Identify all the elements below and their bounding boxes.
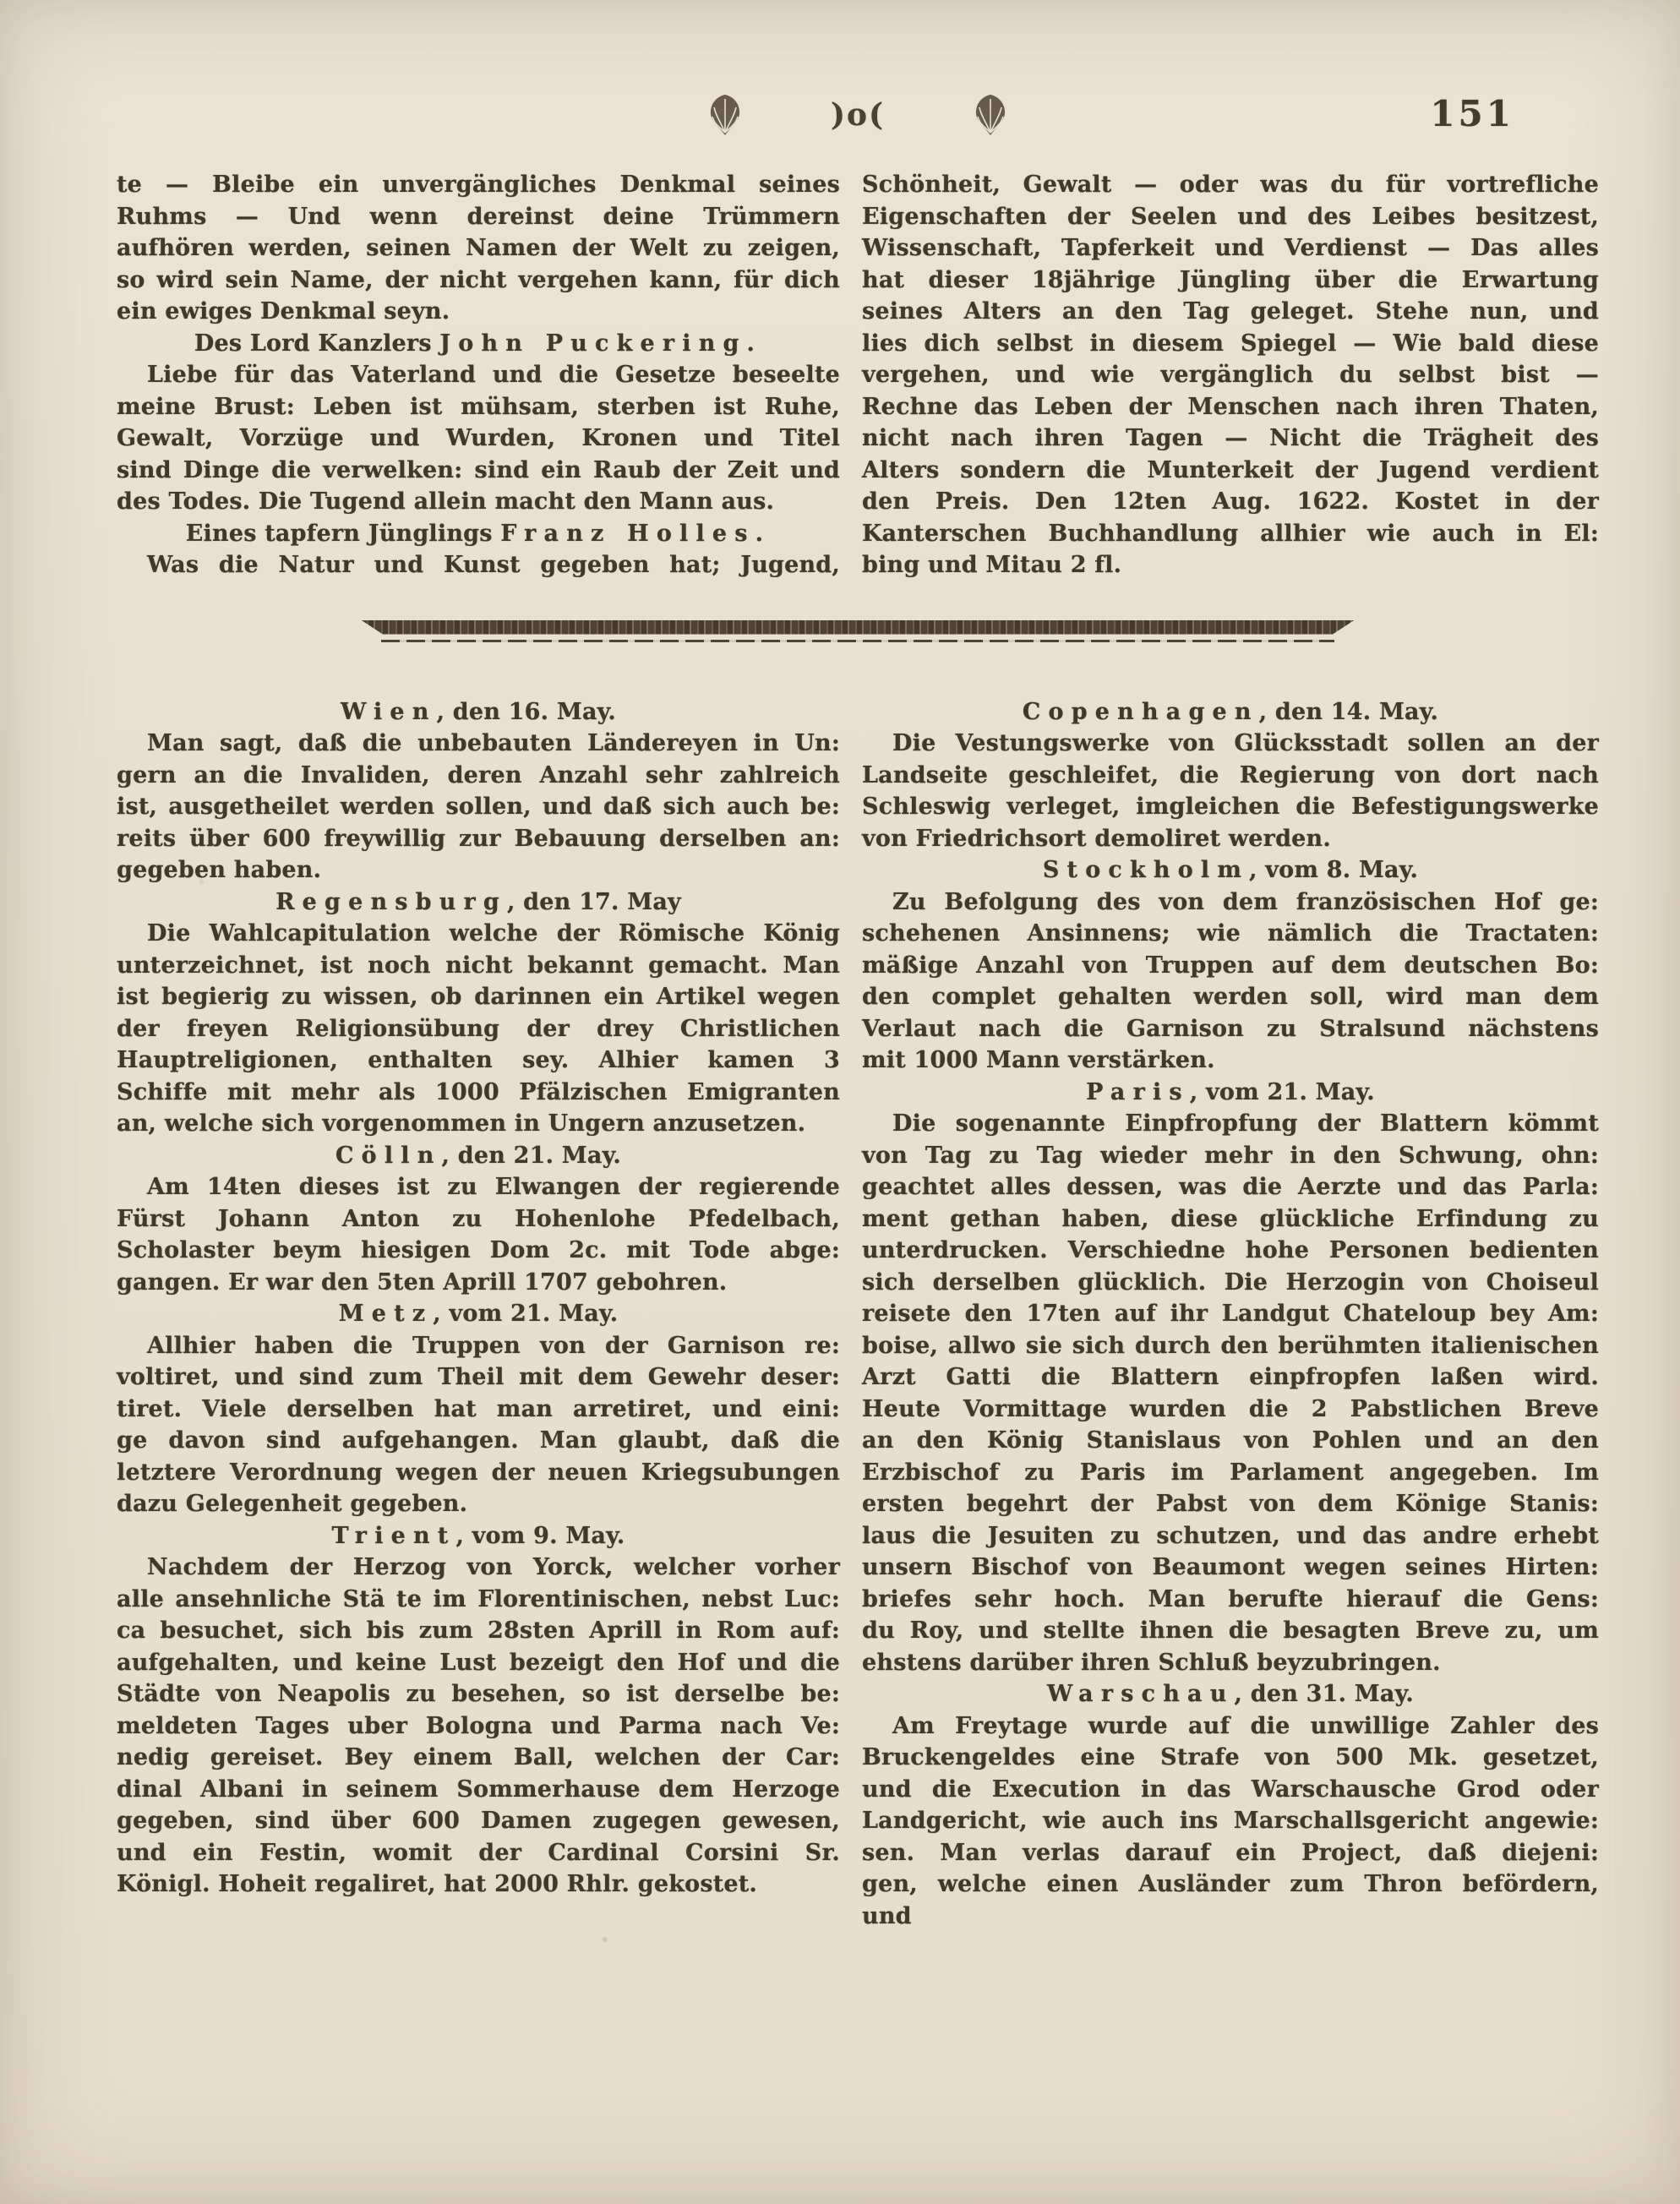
heading-place: Cölln xyxy=(335,1143,442,1169)
text-line: Alters sondern die Munterkeit der Jugend… xyxy=(862,455,1599,487)
text-line: Erzbischof zu Paris im Parlament angegeb… xyxy=(862,1457,1599,1489)
dateline-heading: Eines tapfern Jünglings Franz Holles. xyxy=(117,518,840,550)
text-line: Städte von Neapolis zu besehen, so ist d… xyxy=(117,1678,840,1710)
column-right: Schönheit, Gewalt — oder was du für vort… xyxy=(862,169,1599,581)
text-line: Heute Vormittage wurden die 2 Pabstliche… xyxy=(862,1394,1599,1426)
text-line: Nachdem der Herzog von Yorck, welcher vo… xyxy=(117,1552,840,1584)
text-line: Schleswig verleget, imgleichen die Befes… xyxy=(862,791,1599,823)
heading-date: Des Lord Kanzlers xyxy=(194,330,439,357)
heading-place: Stockholm xyxy=(1043,857,1249,883)
text-line: geachtet alles dessen, was die Aerzte un… xyxy=(862,1171,1599,1203)
text-line: Zu Befolgung des von dem französischen H… xyxy=(862,887,1599,919)
text-line: laus die Jesuiten zu schutzen, und das a… xyxy=(862,1520,1599,1552)
text-line: Arzt Gatti die Blattern einpfropfen laße… xyxy=(862,1361,1599,1394)
dateline-heading: Regensburg, den 17. May xyxy=(117,887,840,919)
text-line: Gewalt, Vorzüge und Wurden, Kronen und T… xyxy=(117,423,840,455)
column-right: Copenhagen, den 14. May.Die Vestungswerk… xyxy=(862,696,1599,1933)
text-line: reits über 600 freywillig zur Bebauung d… xyxy=(117,823,840,855)
text-line: der freyen Religionsübung der drey Chris… xyxy=(117,1013,840,1045)
text-line: und die Execution in das Warschausche Gr… xyxy=(862,1774,1599,1806)
heading-date: , vom 21. May. xyxy=(1190,1079,1375,1105)
section-continuation: te — Bleibe ein unvergängliches Denkmal … xyxy=(117,169,1599,581)
heading-date: , vom 8. May. xyxy=(1249,857,1418,883)
text-line: meldeten Tages uber Bologna und Parma na… xyxy=(117,1710,840,1743)
text-line: Wissenschaft, Tapferkeit und Verdienst —… xyxy=(862,232,1599,265)
fleuron-icon xyxy=(707,94,743,136)
text-line: lies dich selbst in diesem Spiegel — Wie… xyxy=(862,328,1599,360)
heading-place: Trient xyxy=(331,1523,455,1549)
text-line: so wird sein Name, der nicht vergehen ka… xyxy=(117,265,840,297)
heading-place: John Puckering. xyxy=(439,330,762,357)
text-line: ersten begehrt der Pabst von dem Könige … xyxy=(862,1488,1599,1520)
text-line: unterzeichnet, ist noch nicht bekannt ge… xyxy=(117,950,840,982)
text-line: gen, welche einen Ausländer zum Thron be… xyxy=(862,1868,1599,1901)
heading-place: Warschau xyxy=(1047,1681,1235,1707)
text-line: nicht nach ihren Tagen — Nicht die Trägh… xyxy=(862,423,1599,455)
heading-place: Wien xyxy=(341,699,437,725)
text-line: gegeben haben. xyxy=(117,854,840,887)
text-line: Schiffe mit mehr als 1000 Pfälzischen Em… xyxy=(117,1077,840,1109)
text-line: meine Brust: Leben ist mühsam, sterben i… xyxy=(117,391,840,423)
text-line: Die Wahlcapitulation welche der Römische… xyxy=(117,918,840,950)
text-line: unsern Bischof von Beaumont wegen seines… xyxy=(862,1552,1599,1584)
text-line: unterdrucken. Verschiedne hohe Personen … xyxy=(862,1235,1599,1267)
text-line: an, welche sich vorgenommen in Ungern an… xyxy=(117,1108,840,1140)
text-line: Am Freytage wurde auf die unwillige Zahl… xyxy=(862,1710,1599,1743)
column-left: Wien, den 16. May.Man sagt, daß die unbe… xyxy=(117,696,840,1933)
text-line: ment gethan haben, diese glückliche Erfi… xyxy=(862,1203,1599,1236)
text-line: hat dieser 18jährige Jüngling über die E… xyxy=(862,265,1599,297)
heading-place: Franz Holles. xyxy=(500,521,771,547)
dateline-heading: Copenhagen, den 14. May. xyxy=(862,696,1599,728)
text-line: Eigenschaften der Seelen und des Leibes … xyxy=(862,201,1599,233)
text-line: ein ewiges Denkmal seyn. xyxy=(117,296,840,328)
text-line: den Preis. Den 12ten Aug. 1622. Kostet i… xyxy=(862,486,1599,518)
text-line: seines Alters an den Tag geleget. Stehe … xyxy=(862,296,1599,328)
text-line: Scholaster beym hiesigen Dom 2c. mit Tod… xyxy=(117,1235,840,1267)
text-line: Schönheit, Gewalt — oder was du für vort… xyxy=(862,169,1599,201)
text-line: boise, allwo sie sich durch den berühmte… xyxy=(862,1330,1599,1362)
text-line: ca besuchet, sich bis zum 28sten Aprill … xyxy=(117,1615,840,1647)
section-news: Wien, den 16. May.Man sagt, daß die unbe… xyxy=(117,696,1599,1933)
text-line: voltiret, und sind zum Theil mit dem Gew… xyxy=(117,1361,840,1394)
text-line: Man sagt, daß die unbebauten Ländereyen … xyxy=(117,728,840,760)
heading-date: , den 17. May xyxy=(507,889,681,915)
text-line: vergehen, und wie vergänglich du selbst … xyxy=(862,359,1599,391)
text-line: gegeben, sind über 600 Damen zugegen gew… xyxy=(117,1805,840,1837)
page-header: )o( 151 xyxy=(117,88,1599,142)
header-center-mark: )o( xyxy=(831,97,885,133)
text-line: briefes sehr hoch. Man berufte hierauf d… xyxy=(862,1584,1599,1616)
dateline-heading: Trient, vom 9. May. xyxy=(117,1520,840,1552)
text-line: du Roy, und stellte ihnen die besagten B… xyxy=(862,1615,1599,1647)
text-line: Verlaut nach die Garnison zu Stralsund n… xyxy=(862,1013,1599,1045)
page-content: )o( 151 te — Bleibe ein unvergängliches … xyxy=(0,88,1680,1932)
dateline-heading: Des Lord Kanzlers John Puckering. xyxy=(117,328,840,360)
text-line: sen. Man verlas darauf ein Project, daß … xyxy=(862,1837,1599,1869)
text-line: ist begierig zu wissen, ob darinnen ein … xyxy=(117,981,840,1013)
heading-date: , den 16. May. xyxy=(437,699,616,725)
heading-date: , den 31. May. xyxy=(1235,1681,1414,1707)
text-line: sich derselben glücklich. Die Herzogin v… xyxy=(862,1267,1599,1299)
text-line: Landseite geschleifet, die Regierung von… xyxy=(862,760,1599,792)
text-line: mit 1000 Mann verstärken. xyxy=(862,1045,1599,1077)
heading-date: , den 14. May. xyxy=(1259,699,1438,725)
text-line: Allhier haben die Truppen von der Garnis… xyxy=(117,1330,840,1362)
dateline-heading: Cölln, den 21. May. xyxy=(117,1140,840,1172)
text-line: von Tag zu Tag wieder mehr in den Schwun… xyxy=(862,1140,1599,1172)
text-line: und ein Festin, womit der Cardinal Corsi… xyxy=(117,1837,840,1869)
text-line: letztere Verordnung wegen der neuen Krie… xyxy=(117,1457,840,1489)
dateline-heading: Paris, vom 21. May. xyxy=(862,1077,1599,1109)
text-line: gern an die Invaliden, deren Anzahl sehr… xyxy=(117,760,840,792)
text-line: Am 14ten dieses ist zu Elwangen der regi… xyxy=(117,1171,840,1203)
text-line: Kanterschen Buchhandlung allhier wie auc… xyxy=(862,518,1599,550)
text-line: ist, ausgetheilet werden sollen, und daß… xyxy=(117,791,840,823)
heading-date: , den 21. May. xyxy=(442,1143,621,1169)
text-line: Bruckengeldes eine Strafe von 500 Mk. ge… xyxy=(862,1742,1599,1774)
page-number: 151 xyxy=(1430,93,1514,134)
text-line: Die sogenannte Einpfropfung der Blattern… xyxy=(862,1108,1599,1140)
text-line: schehenen Ansinnens; wie nämlich die Tra… xyxy=(862,918,1599,950)
heading-date: , vom 9. May. xyxy=(455,1523,625,1549)
dateline-heading: Stockholm, vom 8. May. xyxy=(862,854,1599,887)
text-line: Hauptreligionen, enthalten sey. Alhier k… xyxy=(117,1045,840,1077)
dateline-heading: Warschau, den 31. May. xyxy=(862,1678,1599,1710)
heading-date: Eines tapfern Jünglings xyxy=(186,521,500,547)
divider-thin-rule xyxy=(381,640,1335,642)
text-line: Königl. Hoheit regaliret, hat 2000 Rhlr.… xyxy=(117,1868,840,1901)
text-line: dazu Gelegenheit gegeben. xyxy=(117,1488,840,1520)
heading-place: Regensburg xyxy=(275,889,507,915)
text-line: sind Dinge die verwelken: sind ein Raub … xyxy=(117,455,840,487)
ornamental-divider xyxy=(361,620,1355,642)
text-line: an den König Stanislaus von Pohlen und a… xyxy=(862,1425,1599,1457)
catchword: und xyxy=(862,1901,1599,1933)
divider-band xyxy=(361,620,1355,635)
text-line: den complet gehalten werden soll, wird m… xyxy=(862,981,1599,1013)
dateline-heading: Metz, vom 21. May. xyxy=(117,1298,840,1330)
text-line: reisete den 17ten auf ihr Landgut Chatel… xyxy=(862,1298,1599,1330)
heading-place: Paris xyxy=(1086,1079,1190,1105)
fleuron-icon xyxy=(973,94,1008,136)
text-line: bing und Mitau 2 fl. xyxy=(862,549,1599,581)
text-line: des Todes. Die Tugend allein macht den M… xyxy=(117,486,840,518)
text-line: te — Bleibe ein unvergängliches Denkmal … xyxy=(117,169,840,201)
text-line: Landgericht, wie auch ins Marschallsgeri… xyxy=(862,1805,1599,1837)
text-line: nedig gereiset. Bey einem Ball, welchen … xyxy=(117,1742,840,1774)
dateline-heading: Wien, den 16. May. xyxy=(117,696,840,728)
text-line: von Friedrichsort demoliret werden. xyxy=(862,823,1599,855)
text-line: mäßige Anzahl von Truppen auf dem deutsc… xyxy=(862,950,1599,982)
text-line: dinal Albani in seinem Sommerhause dem H… xyxy=(117,1774,840,1806)
text-line: tiret. Viele derselben hat man arretiret… xyxy=(117,1394,840,1426)
heading-date: , vom 21. May. xyxy=(433,1301,618,1327)
text-line: Ruhms — Und wenn dereinst deine Trümmern xyxy=(117,201,840,233)
text-line: ge davon sind aufgehangen. Man glaubt, d… xyxy=(117,1425,840,1457)
text-line: Fürst Johann Anton zu Hohenlohe Pfedelba… xyxy=(117,1203,840,1236)
text-line: Rechne das Leben der Menschen nach ihren… xyxy=(862,391,1599,423)
text-line: Die Vestungswerke von Glücksstadt sollen… xyxy=(862,728,1599,760)
text-line: Was die Natur und Kunst gegeben hat; Jug… xyxy=(117,549,840,581)
header-ornament-group: )o( xyxy=(117,88,1599,142)
text-line: aufgehalten, und keine Lust bezeigt den … xyxy=(117,1647,840,1679)
heading-place: Metz xyxy=(339,1301,434,1327)
text-line: gangen. Er war den 5ten Aprill 1707 gebo… xyxy=(117,1267,840,1299)
column-left: te — Bleibe ein unvergängliches Denkmal … xyxy=(117,169,840,581)
text-line: Liebe für das Vaterland und die Gesetze … xyxy=(117,359,840,391)
text-line: alle ansehnliche Stä te im Florentinisch… xyxy=(117,1584,840,1616)
heading-place: Copenhagen xyxy=(1023,699,1259,725)
text-line: aufhören werden, seinen Namen der Welt z… xyxy=(117,232,840,265)
newspaper-page: )o( 151 te — Bleibe ein unvergängliches … xyxy=(0,0,1680,2204)
text-line: ehstens darüber ihren Schluß beyzubringe… xyxy=(862,1647,1599,1679)
